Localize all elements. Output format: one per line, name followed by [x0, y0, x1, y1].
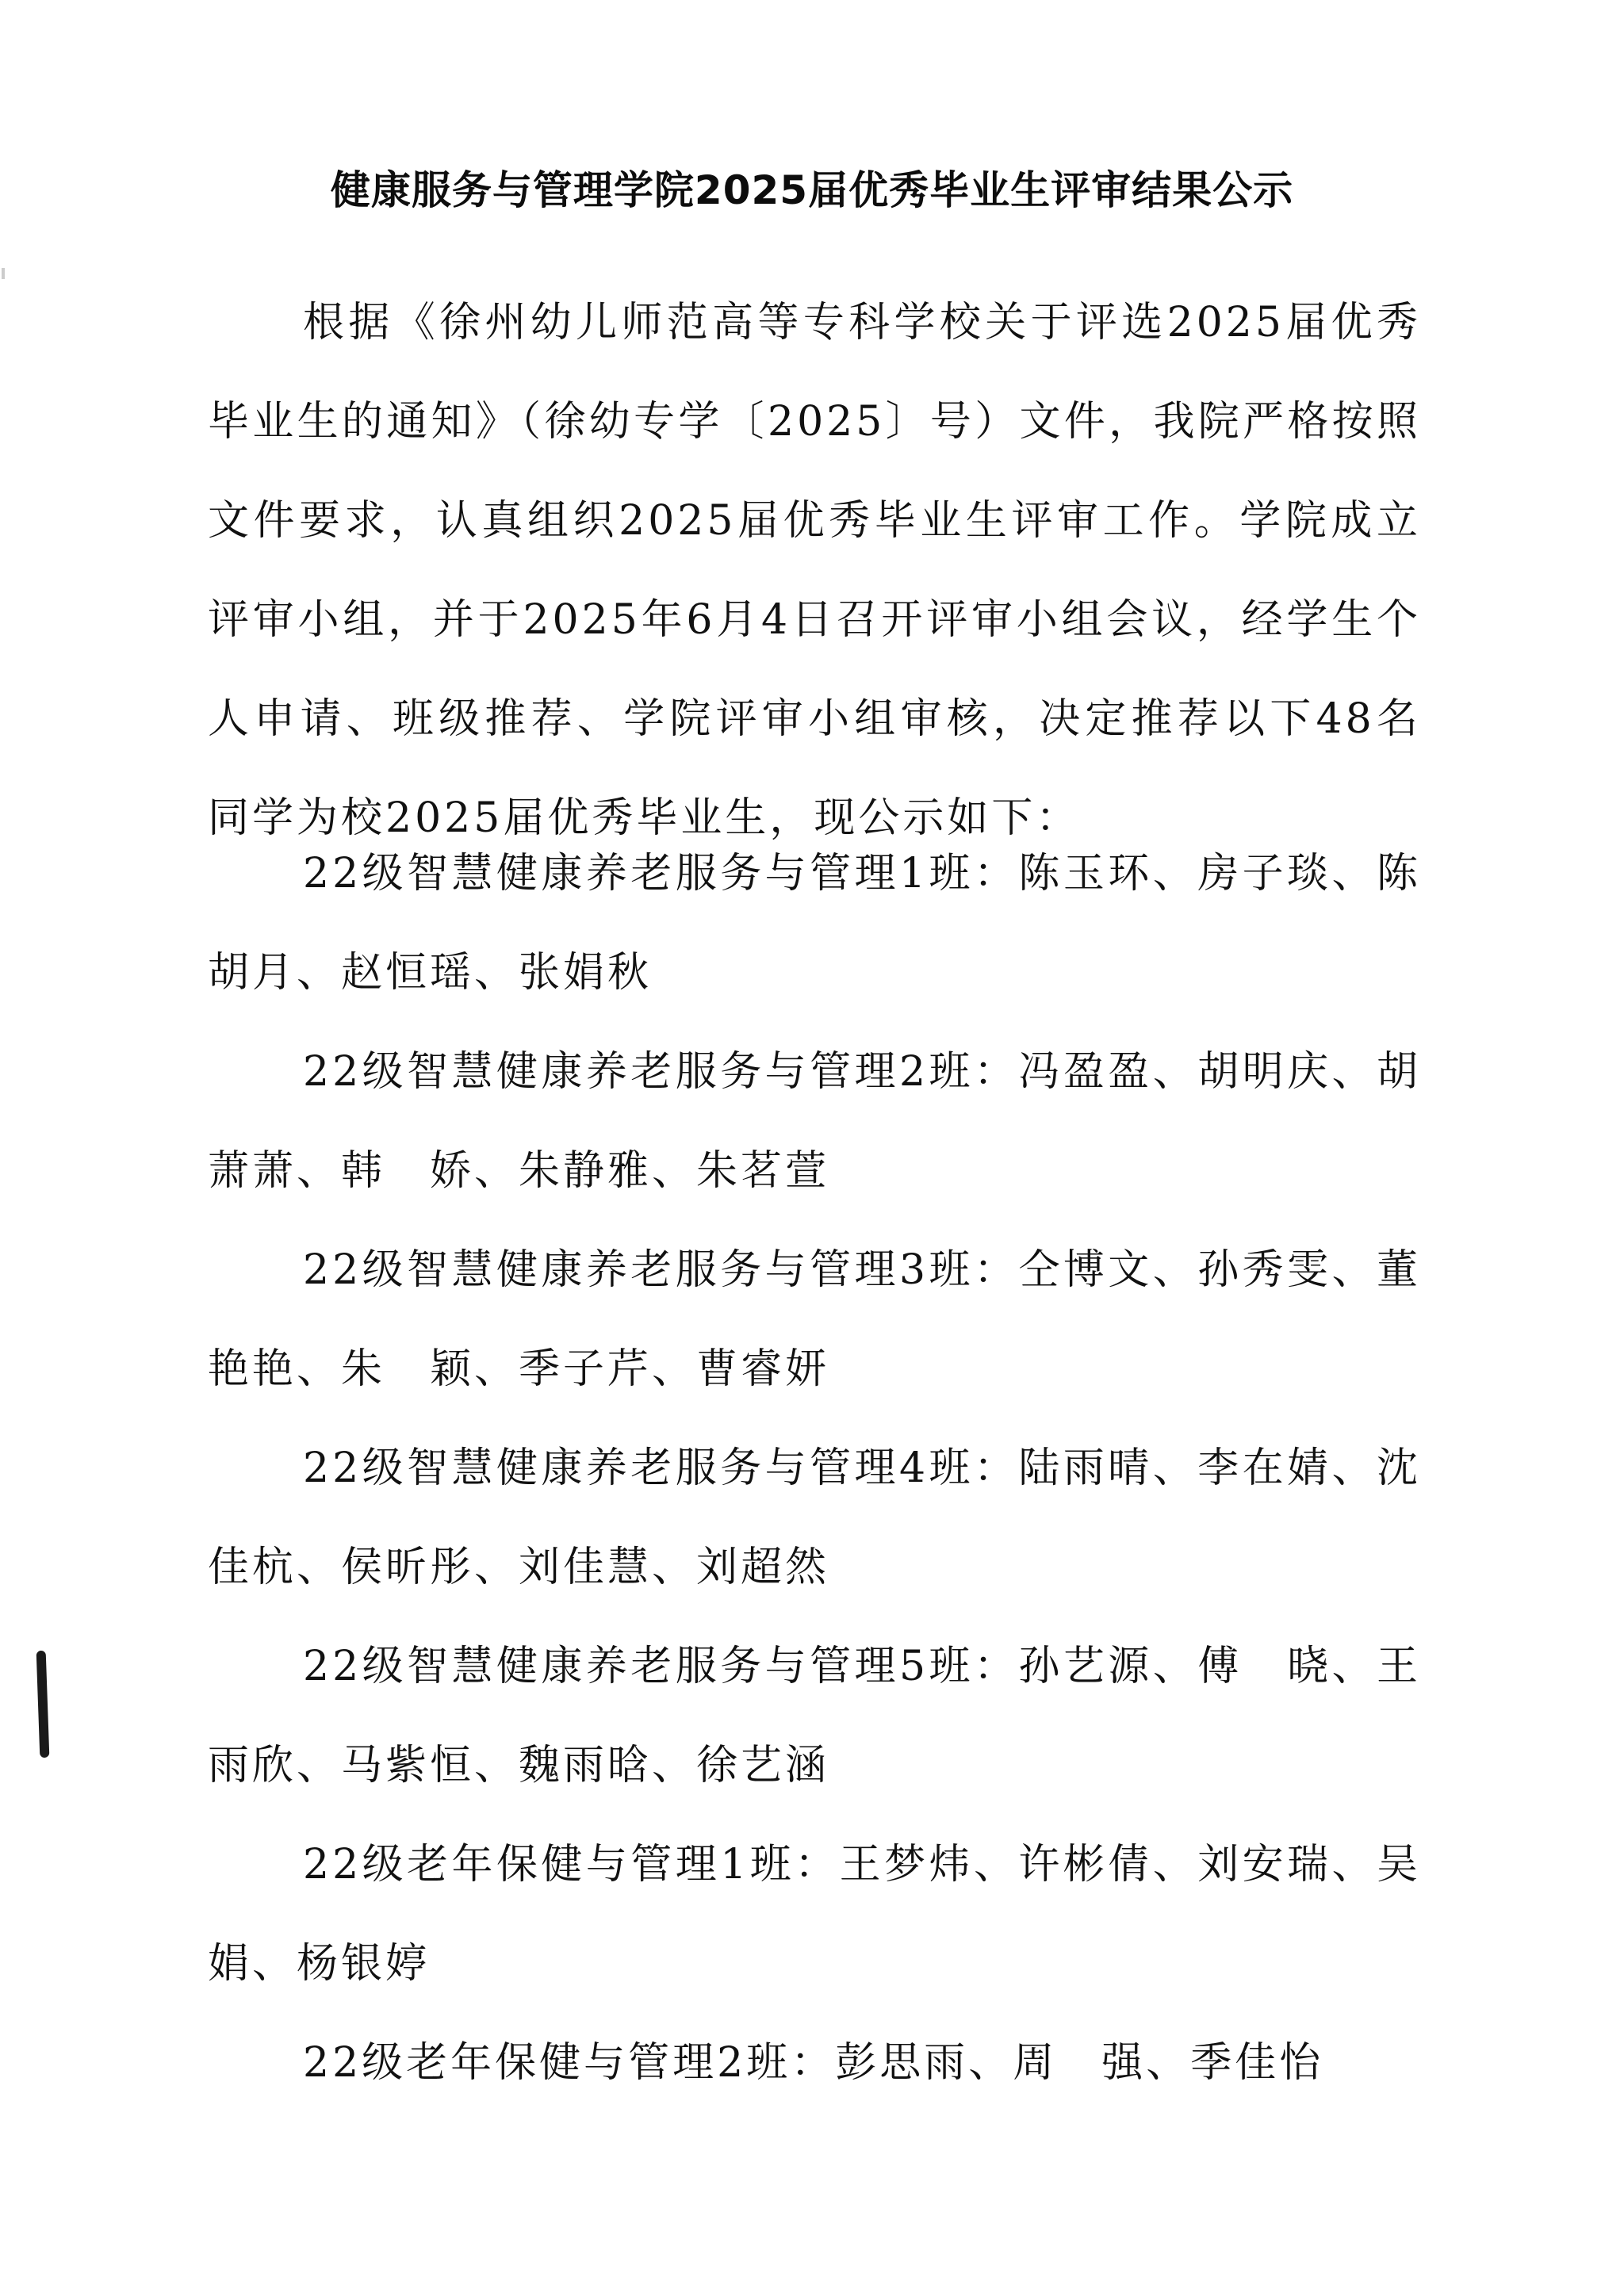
class-label: 22级老年保健与管理2班：: [303, 2039, 835, 2087]
class-label: 22级老年保健与管理1班：: [303, 1841, 840, 1888]
class-label: 22级智慧健康养老服务与管理4班：: [303, 1445, 1018, 1492]
intro-paragraph: 根据《徐州幼儿师范高等专科学校关于评选2025届优秀毕业生的通知》（徐幼专学〔2…: [208, 274, 1421, 868]
class-entry-smart-elderly-care-4: 22级智慧健康养老服务与管理4班：陆雨晴、李在婧、沈佳杭、侯昕彤、刘佳慧、刘超然: [208, 1419, 1421, 1617]
student-names: 彭思雨、周 强、季佳怡: [835, 2039, 1323, 2087]
document-title: 健康服务与管理学院2025届优秀毕业生评审结果公示: [0, 163, 1624, 218]
document-page: 健康服务与管理学院2025届优秀毕业生评审结果公示 根据《徐州幼儿师范高等专科学…: [0, 0, 1624, 2296]
class-label: 22级智慧健康养老服务与管理3班：: [303, 1246, 1018, 1294]
class-entry-smart-elderly-care-1: 22级智慧健康养老服务与管理1班：陈玉环、房子琰、陈胡月、赵恒瑶、张娟秋: [208, 825, 1421, 1023]
binding-margin-mark: [36, 1651, 50, 1758]
class-label: 22级智慧健康养老服务与管理2班：: [303, 1048, 1018, 1096]
class-entry-geriatric-care-1: 22级老年保健与管理1班：王梦炜、许彬倩、刘安瑞、吴 娟、杨银婷: [208, 1816, 1421, 2014]
class-entry-smart-elderly-care-2: 22级智慧健康养老服务与管理2班：冯盈盈、胡明庆、胡萧萧、韩 娇、朱静雅、朱茗萱: [208, 1023, 1421, 1221]
class-entry-geriatric-care-2: 22级老年保健与管理2班：彭思雨、周 强、季佳怡: [208, 2014, 1421, 2113]
scan-speck-mark: [2, 268, 5, 279]
class-entry-smart-elderly-care-3: 22级智慧健康养老服务与管理3班：仝博文、孙秀雯、董艳艳、朱 颖、季子芹、曹睿妍: [208, 1221, 1421, 1419]
class-entry-smart-elderly-care-5: 22级智慧健康养老服务与管理5班：孙艺源、傅 晓、王雨欣、马紫恒、魏雨晗、徐艺涵: [208, 1617, 1421, 1816]
class-list: 22级智慧健康养老服务与管理1班：陈玉环、房子琰、陈胡月、赵恒瑶、张娟秋 22级…: [208, 825, 1421, 2113]
class-label: 22级智慧健康养老服务与管理1班：: [303, 850, 1018, 897]
class-label: 22级智慧健康养老服务与管理5班：: [303, 1643, 1018, 1690]
